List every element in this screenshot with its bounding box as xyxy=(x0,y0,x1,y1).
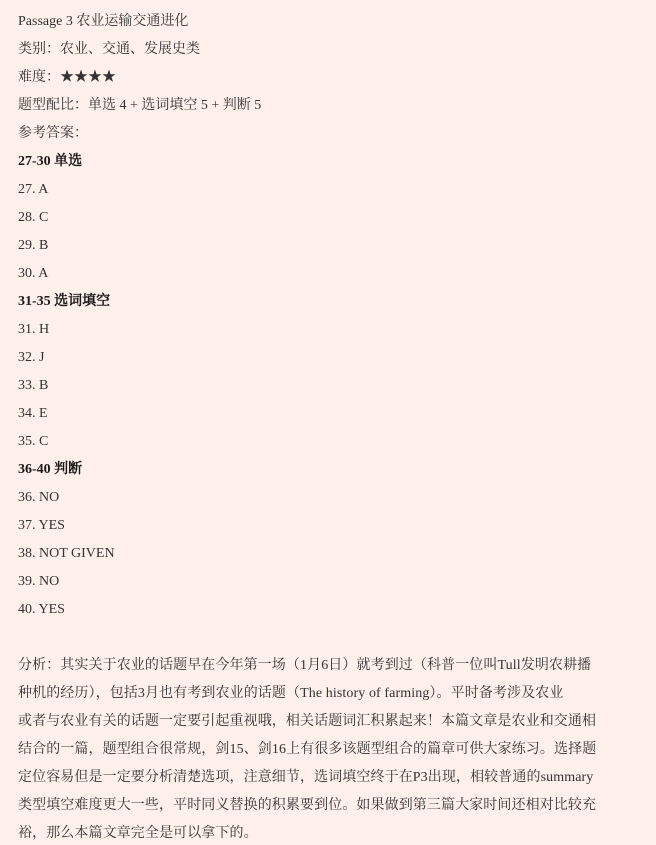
question-types-line: 题型配比：单选 4 + 选词填空 5 + 判断 5 xyxy=(18,92,638,120)
section-heading: 36-40 判断 xyxy=(18,456,638,484)
answer-item: 34. E xyxy=(18,400,638,428)
section-word-fill: 31-35 选词填空 31. H 32. J 33. B 34. E 35. C xyxy=(18,288,638,456)
analysis-line: 结合的一篇，题型组合很常规，剑15、剑16上有很多该题型组合的篇章可供大家练习。… xyxy=(18,736,636,764)
section-heading: 31-35 选词填空 xyxy=(18,288,638,316)
analysis-line: 或者与农业有关的话题一定要引起重视哦，相关话题词汇积累起来！本篇文章是农业和交通… xyxy=(18,708,636,736)
section-judgement: 36-40 判断 36. NO 37. YES 38. NOT GIVEN 39… xyxy=(18,456,638,624)
difficulty-line: 难度：★★★★ xyxy=(18,64,638,92)
answers-label: 参考答案： xyxy=(18,120,638,148)
answer-item: 29. B xyxy=(18,232,638,260)
answer-item: 40. YES xyxy=(18,596,638,624)
answer-item: 33. B xyxy=(18,372,638,400)
answer-item: 39. NO xyxy=(18,568,638,596)
answer-item: 37. YES xyxy=(18,512,638,540)
passage-title: Passage 3 农业运输交通进化 xyxy=(18,8,638,36)
analysis-line: 裕，那么本篇文章完全是可以拿下的。 xyxy=(18,820,636,845)
answer-item: 28. C xyxy=(18,204,638,232)
answer-item: 31. H xyxy=(18,316,638,344)
section-single-choice: 27-30 单选 27. A 28. C 29. B 30. A xyxy=(18,148,638,288)
document-body: Passage 3 农业运输交通进化 类别：农业、交通、发展史类 难度：★★★★… xyxy=(0,0,638,845)
answer-item: 35. C xyxy=(18,428,638,456)
analysis-line: 种机的经历），包括3月也有考到农业的话题（The history of farm… xyxy=(18,680,636,708)
analysis-line: 分析：其实关于农业的话题早在今年第一场（1月6日）就考到过（科普一位叫Tull发… xyxy=(18,652,636,680)
answer-item: 32. J xyxy=(18,344,638,372)
section-heading: 27-30 单选 xyxy=(18,148,638,176)
category-line: 类别：农业、交通、发展史类 xyxy=(18,36,638,64)
answer-item: 27. A xyxy=(18,176,638,204)
answer-item: 30. A xyxy=(18,260,638,288)
blank-line xyxy=(18,624,638,652)
answer-item: 36. NO xyxy=(18,484,638,512)
analysis-paragraph: 分析：其实关于农业的话题早在今年第一场（1月6日）就考到过（科普一位叫Tull发… xyxy=(18,652,636,845)
answer-item: 38. NOT GIVEN xyxy=(18,540,638,568)
analysis-line: 定位容易但是一定要分析清楚选项，注意细节，选词填空终于在P3出现，相较普通的su… xyxy=(18,764,636,792)
analysis-line: 类型填空难度更大一些，平时同义替换的积累要到位。如果做到第三篇大家时间还相对比较… xyxy=(18,792,636,820)
